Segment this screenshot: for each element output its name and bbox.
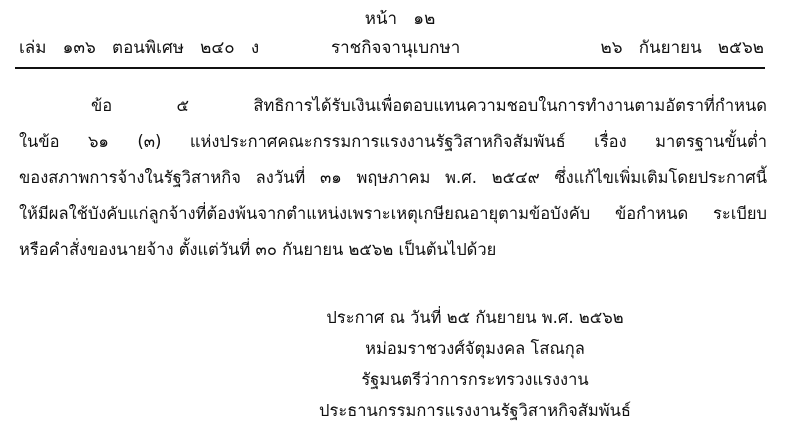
- paragraph-line: ในข้อ ๖๑ (๓) แห่งประกาศคณะกรรมการแรงงานร…: [19, 124, 767, 160]
- publication-date: ๒๖ กันยายน ๒๕๖๒: [601, 34, 765, 62]
- signatory-position: รัฐมนตรีว่าการกระทรวงแรงงาน: [250, 364, 700, 395]
- journal-title: ราชกิจจานุเบกษา: [331, 34, 460, 62]
- volume-issue: เล่ม ๑๓๖ ตอนพิเศษ ๒๔๐ ง: [19, 34, 259, 62]
- signature-block: ประกาศ ณ วันที่ ๒๕ กันยายน พ.ศ. ๒๕๖๒ หม่…: [250, 302, 700, 426]
- paragraph-line: ข้อ ๕ สิทธิการได้รับเงินเพื่อตอบแทนความช…: [19, 88, 767, 124]
- announcement-date: ประกาศ ณ วันที่ ๒๕ กันยายน พ.ศ. ๒๕๖๒: [250, 302, 700, 333]
- clause-paragraph: ข้อ ๕ สิทธิการได้รับเงินเพื่อตอบแทนความช…: [19, 88, 767, 268]
- paragraph-line: ของสภาพการจ้างในรัฐวิสาหกิจ ลงวันที่ ๓๑ …: [19, 160, 767, 196]
- paragraph-line: ให้มีผลใช้บังคับแก่ลูกจ้างที่ต้องพ้นจากต…: [19, 196, 767, 232]
- page-number: หน้า ๑๒: [0, 6, 800, 32]
- gazette-header: เล่ม ๑๓๖ ตอนพิเศษ ๒๔๐ ง ราชกิจจานุเบกษา …: [19, 34, 764, 62]
- signatory-position: ประธานกรรมการแรงงานรัฐวิสาหกิจสัมพันธ์: [250, 395, 700, 426]
- header-divider: [15, 67, 765, 69]
- signatory-name: หม่อมราชวงศ์จัตุมงคล โสณกุล: [250, 333, 700, 364]
- paragraph-line: หรือคำสั่งของนายจ้าง ตั้งแต่วันที่ ๓๐ กั…: [19, 232, 767, 268]
